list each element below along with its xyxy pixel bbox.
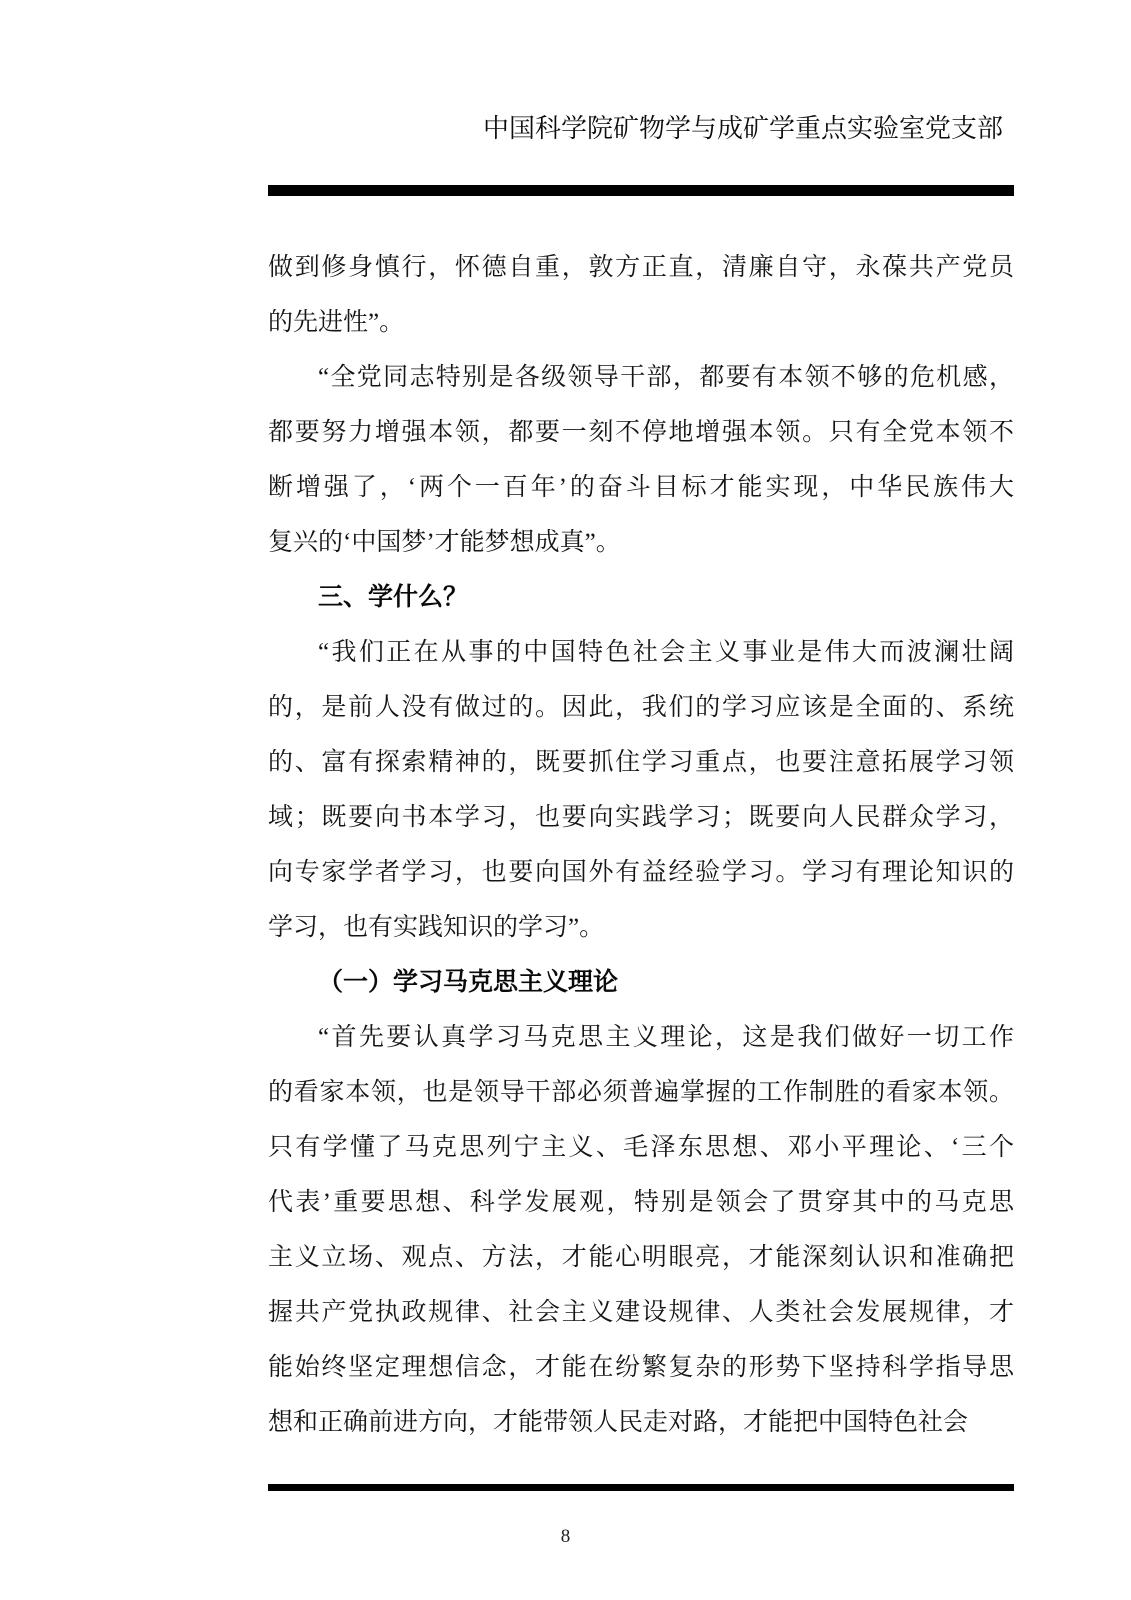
text-line: “全党同志特别是各级领导干部，都要有本领不够的危机感， xyxy=(268,350,1014,405)
text-line: 的、富有探索精神的，既要抓住学习重点，也要注意拓展学习领 xyxy=(268,735,1014,790)
section-heading: （一）学习马克思主义理论 xyxy=(268,955,1014,1010)
text-line: “我们正在从事的中国特色社会主义事业是伟大而波澜壮阔 xyxy=(268,625,1014,680)
paragraph: “全党同志特别是各级领导干部，都要有本领不够的危机感，都要努力增强本领，都要一刻… xyxy=(268,350,1014,570)
text-line: 只有学懂了马克思列宁主义、毛泽东思想、邓小平理论、‘三个 xyxy=(268,1120,1014,1175)
text-line: 向专家学者学习，也要向国外有益经验学习。学习有理论知识的 xyxy=(268,845,1014,900)
text-line: 学习，也有实践知识的学习”。 xyxy=(268,900,1014,955)
header-rule xyxy=(268,185,1014,196)
text-line: 代表’重要思想、科学发展观，特别是领会了贯穿其中的马克思 xyxy=(268,1175,1014,1230)
text-line: 域；既要向书本学习，也要向实践学习；既要向人民群众学习， xyxy=(268,790,1014,845)
section-heading: 三、学什么？ xyxy=(268,570,1014,625)
text-line: 主义立场、观点、方法，才能心明眼亮，才能深刻认识和准确把 xyxy=(268,1230,1014,1285)
paragraph: “首先要认真学习马克思主义理论，这是我们做好一切工作的看家本领，也是领导干部必须… xyxy=(268,1010,1014,1450)
text-line: 做到修身慎行，怀德自重，敦方正直，清廉自守，永葆共产党员 xyxy=(268,240,1014,295)
paragraph: 做到修身慎行，怀德自重，敦方正直，清廉自守，永葆共产党员的先进性”。 xyxy=(268,240,1014,350)
text-line: 的看家本领，也是领导干部必须普遍掌握的工作制胜的看家本领。 xyxy=(268,1065,1014,1120)
text-line: “首先要认真学习马克思主义理论，这是我们做好一切工作 xyxy=(268,1010,1014,1065)
text-line: 握共产党执政规律、社会主义建设规律、人类社会发展规律，才 xyxy=(268,1285,1014,1340)
text-line: 断增强了，‘两个一百年’的奋斗目标才能实现，中华民族伟大 xyxy=(268,460,1014,515)
document-page: 中国科学院矿物学与成矿学重点实验室党支部 做到修身慎行，怀德自重，敦方正直，清廉… xyxy=(0,0,1131,1600)
text-line: 的，是前人没有做过的。因此，我们的学习应该是全面的、系统 xyxy=(268,680,1014,735)
text-line: 的先进性”。 xyxy=(268,295,1014,350)
document-body: 做到修身慎行，怀德自重，敦方正直，清廉自守，永葆共产党员的先进性”。“全党同志特… xyxy=(268,240,1014,1450)
text-line: 能始终坚定理想信念，才能在纷繁复杂的形势下坚持科学指导思 xyxy=(268,1340,1014,1395)
page-number: 8 xyxy=(0,1526,1131,1548)
text-line: 都要努力增强本领，都要一刻不停地增强本领。只有全党本领不 xyxy=(268,405,1014,460)
header-title: 中国科学院矿物学与成矿学重点实验室党支部 xyxy=(483,108,1003,145)
footer-rule xyxy=(268,1484,1014,1491)
text-line: 复兴的‘中国梦’才能梦想成真”。 xyxy=(268,515,1014,570)
text-line: 想和正确前进方向，才能带领人民走对路，才能把中国特色社会 xyxy=(268,1395,1014,1450)
paragraph: “我们正在从事的中国特色社会主义事业是伟大而波澜壮阔的，是前人没有做过的。因此，… xyxy=(268,625,1014,955)
